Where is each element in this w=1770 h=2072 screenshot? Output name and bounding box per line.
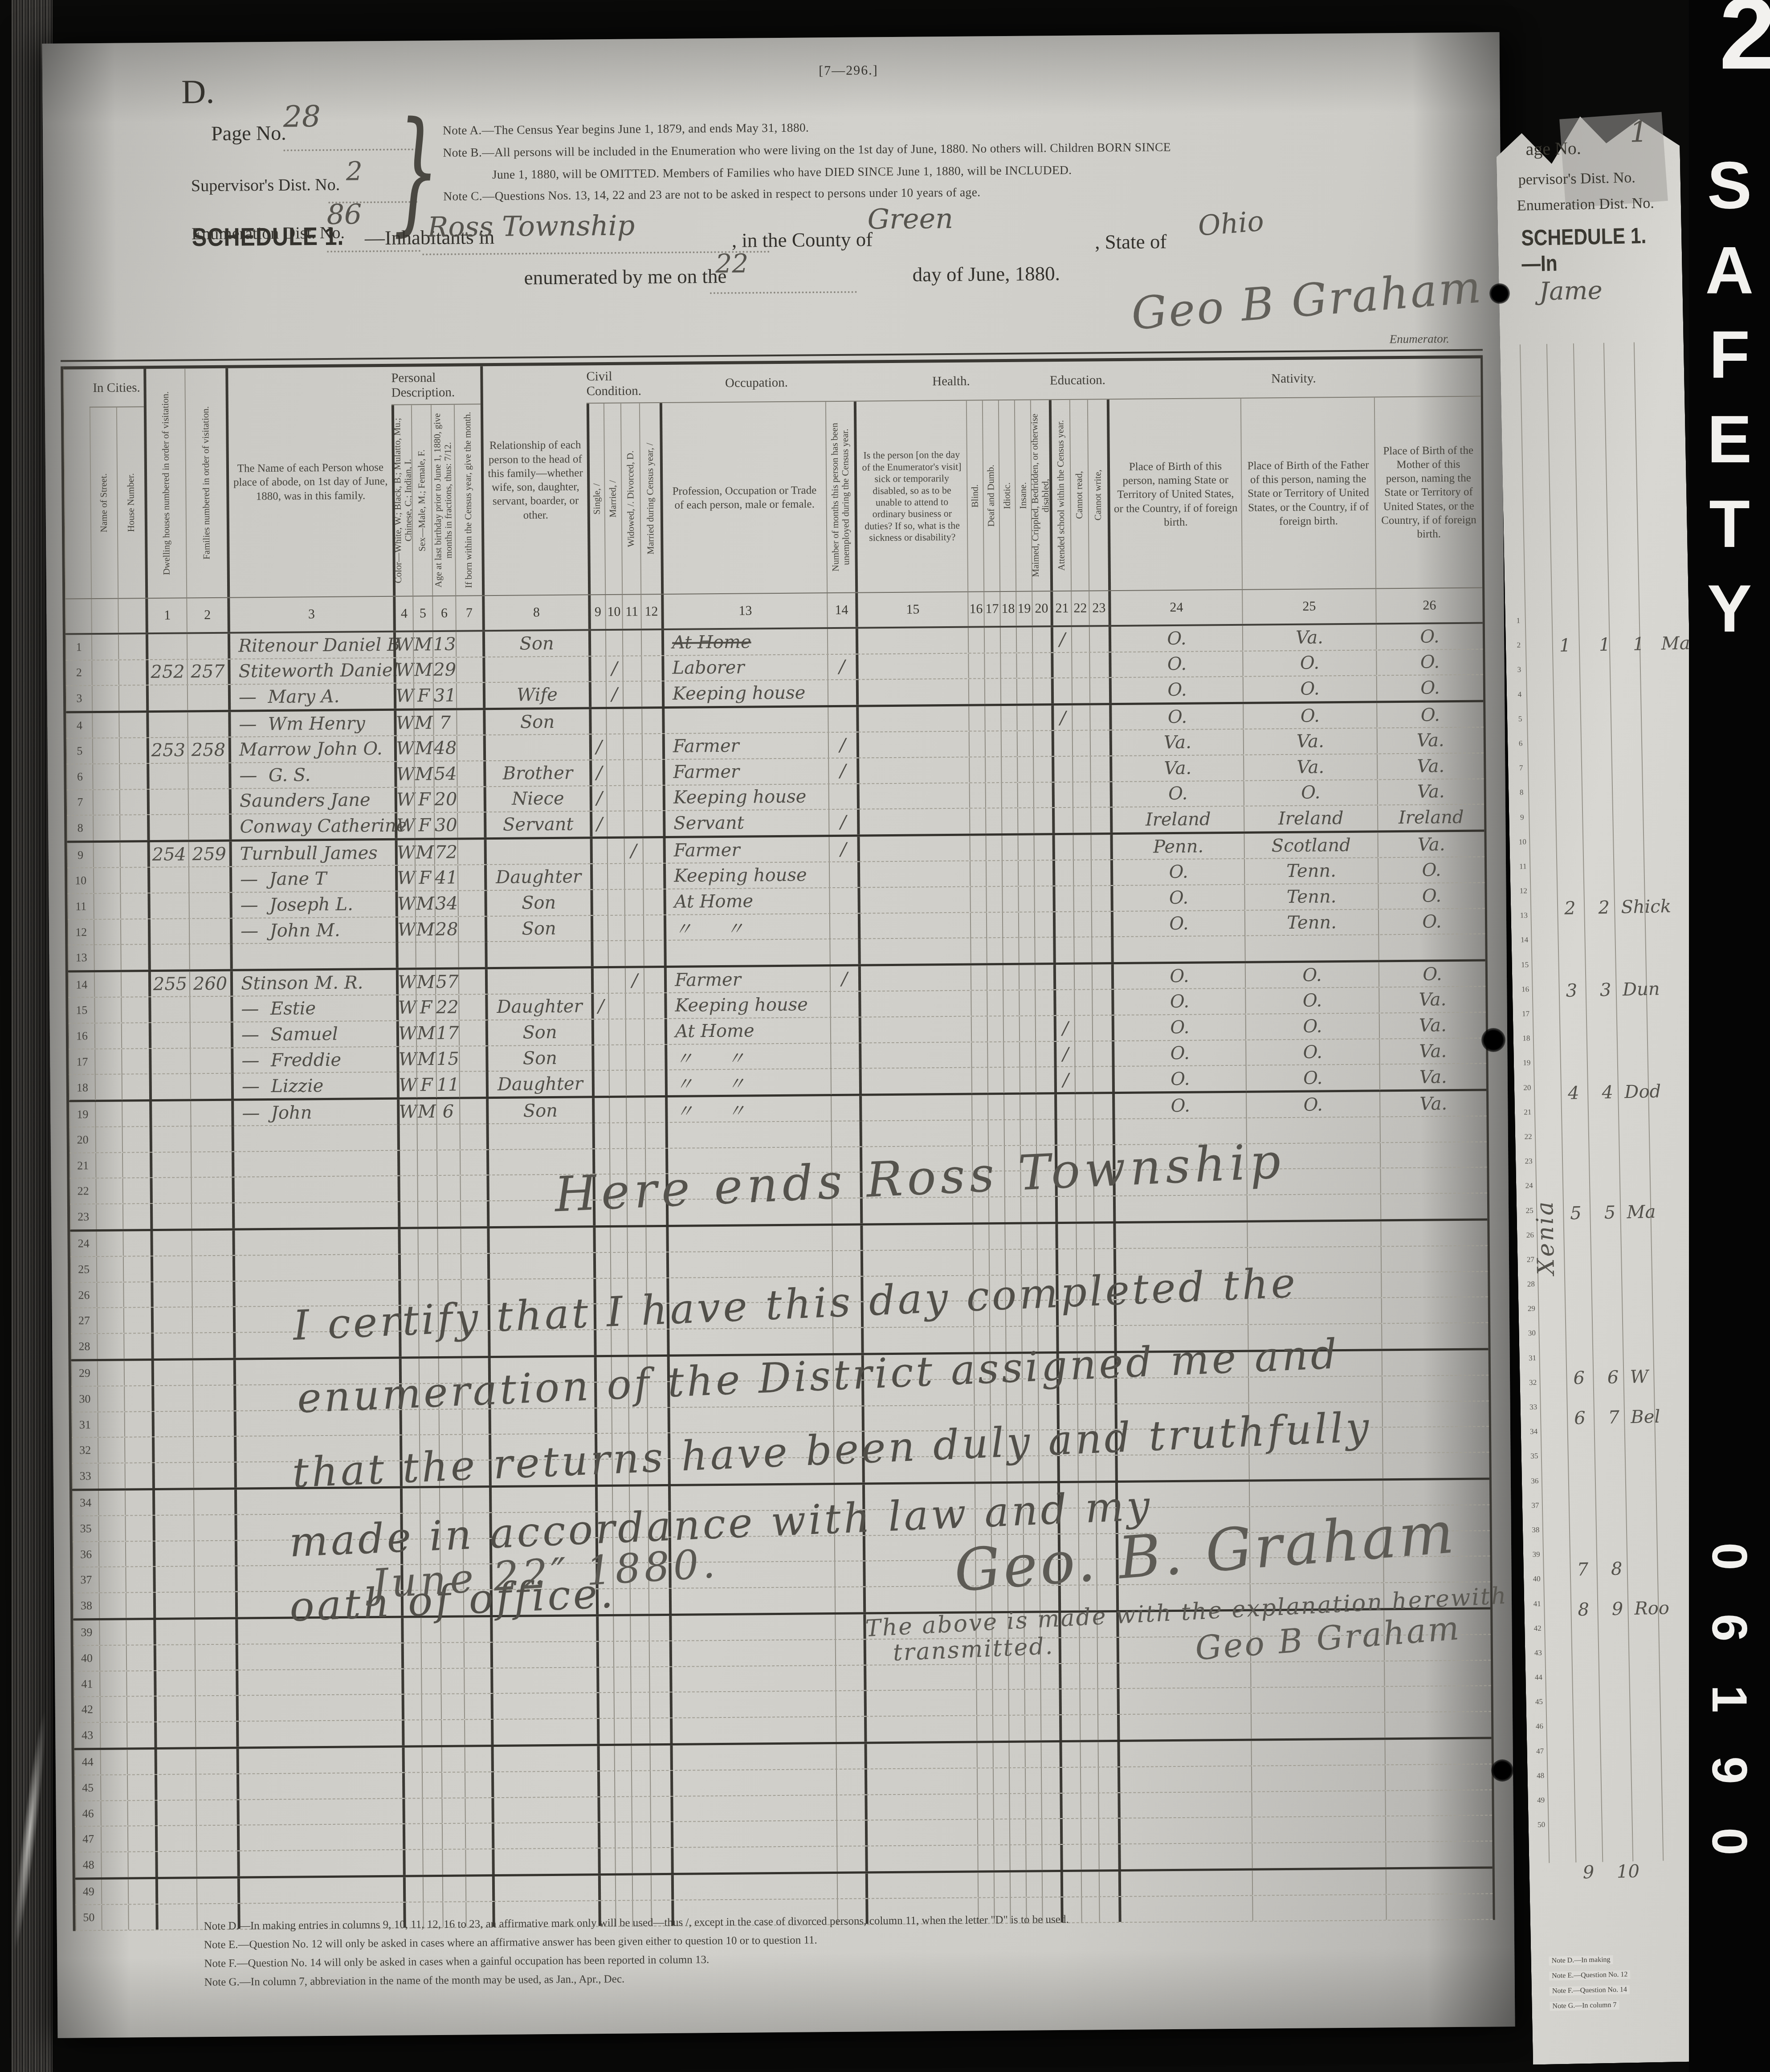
cell-read xyxy=(1071,627,1089,652)
enumerator-signature-top: Geo B Graham xyxy=(1130,261,1485,340)
film-edge-letter: S xyxy=(1689,147,1770,224)
cell-married xyxy=(608,915,624,941)
cell-name: — John xyxy=(231,1099,397,1126)
cell-family: 260 xyxy=(189,971,230,996)
cell-pb: O. xyxy=(1109,677,1243,703)
cell-deaf xyxy=(985,836,1001,861)
cell-name: Stiteworth Daniel xyxy=(228,658,393,684)
column-number-dwelling: 1 xyxy=(145,598,187,632)
cell-mcy xyxy=(650,1797,670,1822)
column-header-single: Single, / xyxy=(587,404,605,594)
column-header-house: House Number. xyxy=(116,407,145,598)
cell-house xyxy=(119,790,147,815)
cell-pbm xyxy=(1384,1712,1491,1737)
cell-rel: Son xyxy=(482,631,588,656)
cell-family xyxy=(192,1360,233,1385)
cell-family xyxy=(192,1333,233,1358)
cell-name xyxy=(236,1695,402,1721)
cell-idiotic xyxy=(1000,679,1016,704)
cell-pbf: Tenn. xyxy=(1244,858,1378,884)
cell-age: 41 xyxy=(434,865,457,890)
cell-dwelling xyxy=(150,1231,191,1256)
cell-idiotic xyxy=(1001,731,1017,756)
cell-sick xyxy=(865,1845,977,1871)
cell-family xyxy=(195,1645,236,1670)
cell-insane xyxy=(1017,731,1033,756)
cell-married xyxy=(614,1719,631,1744)
cell-sick xyxy=(858,938,970,964)
next-page-row-number: 15 xyxy=(1519,960,1531,985)
cell-idiotic xyxy=(1008,1690,1024,1715)
column-label-widowed: Widowed, /. Divorced, D. xyxy=(625,448,636,550)
cell-single: / xyxy=(590,812,607,836)
cell-house xyxy=(123,1282,151,1307)
cell-maimed xyxy=(1033,783,1052,808)
cell-insane xyxy=(1018,912,1034,938)
cell-age xyxy=(436,1176,460,1201)
column-label-pbm: Place of Birth of the Mother of this per… xyxy=(1375,440,1482,545)
cell-single: / xyxy=(589,760,606,785)
column-label-age: Age at last birthday prior to June 1, 18… xyxy=(432,405,454,595)
cell-widowed xyxy=(624,864,643,889)
cell-house xyxy=(122,1231,150,1256)
cell-single xyxy=(592,1098,609,1123)
cell-sick xyxy=(859,1068,971,1094)
cell-rownum: 24 xyxy=(70,1232,96,1256)
cell-pbm xyxy=(1381,1297,1488,1323)
cell-write xyxy=(1098,1767,1117,1792)
cell-mcy xyxy=(644,1019,665,1044)
cell-idiotic xyxy=(1009,1768,1025,1793)
cell-sex: M xyxy=(413,658,432,683)
column-header-idiotic: Idiotic. xyxy=(998,400,1016,591)
next-page-row-number: 29 xyxy=(1525,1304,1538,1329)
cell-occ xyxy=(669,1587,835,1614)
cell-blind xyxy=(970,913,986,938)
cell-married xyxy=(614,1693,631,1718)
cell-rownum: 39 xyxy=(73,1620,99,1645)
cell-street xyxy=(92,686,118,711)
cell-idiotic xyxy=(1002,861,1018,886)
cell-pb: Ireland xyxy=(1110,807,1244,832)
cell-month xyxy=(456,632,482,657)
cell-pbm: Va. xyxy=(1379,1064,1486,1090)
cell-month xyxy=(465,1798,491,1823)
cell-idiotic xyxy=(1000,628,1016,653)
cell-color xyxy=(402,1773,422,1798)
cell-house xyxy=(125,1490,152,1515)
cell-street xyxy=(92,738,119,763)
cell-blind xyxy=(978,1872,994,1897)
cell-idiotic xyxy=(1001,836,1017,861)
cell-rownum: 19 xyxy=(69,1102,95,1127)
cell-widowed xyxy=(630,1589,648,1614)
cell-family xyxy=(194,1541,235,1566)
cell-insane xyxy=(1020,1094,1036,1120)
cell-pb: O. xyxy=(1112,1066,1246,1092)
cell-house xyxy=(126,1593,153,1618)
cell-rel: Niece xyxy=(484,786,590,812)
punch-hole xyxy=(1491,1759,1513,1782)
cell-idiotic xyxy=(1002,938,1018,963)
cell-unemp: / xyxy=(829,836,857,861)
cell-age xyxy=(437,1228,460,1253)
cell-color: W xyxy=(393,632,413,657)
cell-maimed xyxy=(1036,1224,1055,1249)
cell-deaf xyxy=(986,938,1002,963)
cell-month xyxy=(457,736,483,761)
next-page-row-number: 18 xyxy=(1521,1034,1533,1059)
cell-sex: M xyxy=(414,736,433,761)
cell-age: 13 xyxy=(432,632,456,657)
cell-sick xyxy=(860,1121,972,1146)
cell-dwelling xyxy=(147,893,188,918)
column-label-name: The Name of each Person whose place of a… xyxy=(229,457,392,507)
cell-rel: Son xyxy=(485,1020,591,1045)
cell-rownum: 12 xyxy=(68,920,94,945)
cell-read xyxy=(1074,1041,1092,1067)
cell-sick xyxy=(857,783,969,809)
enumerator-printed-label: Enumerator. xyxy=(1390,332,1449,346)
cell-street xyxy=(95,1179,122,1203)
cell-single xyxy=(596,1668,613,1693)
cell-mcy xyxy=(643,889,663,914)
cell-dwelling: 254 xyxy=(147,842,188,867)
cell-rownum: 14 xyxy=(68,972,94,997)
cell-house xyxy=(120,868,147,893)
cell-married xyxy=(609,1097,626,1123)
film-edge-digit: 1 xyxy=(1701,1659,1758,1740)
column-label-pbf: Place of Birth of the Father of this per… xyxy=(1242,454,1375,532)
cell-pbm xyxy=(1382,1401,1489,1427)
cell-single xyxy=(597,1771,614,1796)
cell-rownum: 45 xyxy=(74,1775,100,1800)
column-header-rel: Relationship of each person to the head … xyxy=(480,365,588,595)
cell-single xyxy=(591,1045,608,1070)
cell-maimed xyxy=(1034,938,1053,963)
cell-unemp xyxy=(829,888,857,913)
cell-married xyxy=(615,1875,632,1900)
footer-note-e: Note E.—Question No. 12 will only be ask… xyxy=(204,1934,817,1951)
cell-school xyxy=(1052,886,1073,911)
cell-pbm: Va. xyxy=(1377,754,1484,779)
cell-read xyxy=(1074,964,1092,989)
cell-read xyxy=(1075,1067,1093,1093)
cell-idiotic xyxy=(1008,1664,1024,1689)
cell-age: 17 xyxy=(436,1021,459,1046)
cell-maimed xyxy=(1041,1794,1060,1819)
cell-name xyxy=(237,1799,402,1825)
cell-occ xyxy=(671,1847,836,1873)
cell-color: W xyxy=(393,658,413,683)
cell-color xyxy=(396,943,415,968)
cell-house xyxy=(127,1801,155,1826)
cell-deaf xyxy=(993,1845,1009,1870)
next-page-row-number: 16 xyxy=(1519,985,1531,1010)
cell-deaf xyxy=(987,1095,1003,1120)
cell-read xyxy=(1074,1016,1092,1040)
cell-pbm xyxy=(1382,1452,1489,1478)
cell-pbm xyxy=(1380,1220,1487,1246)
cell-blind xyxy=(970,887,986,912)
column-label-single: Single, / xyxy=(591,481,602,517)
cell-married xyxy=(609,1123,626,1148)
footer-note-g: Note G.—In column 7, abbreviation in the… xyxy=(204,1973,625,1989)
cell-write xyxy=(1090,835,1110,860)
cell-dwelling xyxy=(154,1697,195,1721)
column-header-write: Cannot write, xyxy=(1087,400,1108,590)
cell-pb: O. xyxy=(1109,704,1243,730)
cell-sick xyxy=(856,628,968,654)
cell-age: 15 xyxy=(436,1046,459,1072)
cell-house xyxy=(125,1463,152,1488)
cell-idiotic xyxy=(1009,1794,1025,1819)
cell-mcy xyxy=(643,915,664,941)
cell-widowed: / xyxy=(624,838,643,863)
next-page-row-number: 47 xyxy=(1534,1746,1546,1771)
cell-rownum: 34 xyxy=(72,1491,98,1516)
cell-pbm xyxy=(1384,1739,1491,1764)
cell-rownum: 22 xyxy=(69,1179,95,1204)
cell-deaf xyxy=(987,991,1003,1016)
cell-occ xyxy=(670,1717,836,1743)
cell-dwelling xyxy=(150,1127,191,1152)
cell-rownum: 11 xyxy=(67,894,93,919)
cell-pb xyxy=(1117,1714,1251,1740)
cell-read xyxy=(1080,1768,1098,1793)
cell-occ: Laborer xyxy=(661,655,827,681)
cell-insane xyxy=(1016,679,1032,704)
cell-color xyxy=(398,1255,418,1280)
cell-street xyxy=(97,1361,124,1386)
cell-school xyxy=(1055,1197,1076,1222)
cell-street xyxy=(100,1801,127,1826)
column-number-sex: 5 xyxy=(412,596,432,630)
cell-deaf xyxy=(987,1042,1003,1068)
next-page-row-number: 31 xyxy=(1526,1354,1538,1379)
cell-deaf xyxy=(984,653,1000,678)
cell-read xyxy=(1072,731,1090,756)
cell-occ xyxy=(670,1691,836,1717)
cell-occ: Keeping house xyxy=(663,784,828,811)
cell-school xyxy=(1053,912,1073,937)
cell-house xyxy=(122,1101,149,1127)
cell-married xyxy=(615,1848,632,1873)
cell-name: — Jane T xyxy=(229,866,395,892)
cell-family xyxy=(193,1515,234,1540)
cell-rownum: 50 xyxy=(75,1905,101,1930)
cell-read xyxy=(1080,1689,1097,1714)
cell-dwelling xyxy=(150,1178,191,1203)
cell-rownum: 10 xyxy=(67,868,93,893)
cell-dwelling xyxy=(153,1567,194,1592)
cell-widowed xyxy=(624,786,642,811)
cell-insane xyxy=(1017,783,1033,808)
cell-pbm: O. xyxy=(1376,624,1483,649)
cell-maimed xyxy=(1035,965,1053,990)
cell-occ xyxy=(665,1122,831,1148)
cell-mcy xyxy=(641,656,661,681)
cell-widowed xyxy=(622,630,641,655)
column-group-personal: Personal Description. xyxy=(391,366,481,405)
cell-single xyxy=(595,1408,612,1433)
cell-family xyxy=(190,1048,231,1074)
column-label-unemp: Number of months this person has been un… xyxy=(829,402,852,592)
cell-sex xyxy=(417,1125,436,1150)
cell-name: Turnbull James xyxy=(229,840,395,867)
cell-single xyxy=(590,839,607,864)
cell-single xyxy=(598,1823,615,1848)
cell-rownum: 40 xyxy=(73,1646,99,1671)
state-value: Ohio xyxy=(1197,204,1265,242)
cell-rownum: 48 xyxy=(75,1852,101,1877)
cell-blind xyxy=(969,836,985,861)
cell-sex xyxy=(422,1799,441,1823)
cell-pbm xyxy=(1384,1660,1491,1686)
column-number-month: 7 xyxy=(455,596,482,630)
cell-deaf xyxy=(987,1016,1003,1041)
cell-pbm xyxy=(1385,1790,1492,1815)
cell-widowed xyxy=(626,1070,644,1096)
cell-dwelling xyxy=(146,634,187,659)
cell-pb xyxy=(1117,1662,1250,1688)
cell-dwelling xyxy=(148,997,189,1022)
cell-insane xyxy=(1019,991,1035,1016)
cell-pbm xyxy=(1379,1117,1486,1142)
cell-pbm xyxy=(1385,1765,1492,1790)
cell-street xyxy=(98,1438,124,1463)
cell-dwelling xyxy=(151,1386,192,1411)
column-number-age: 6 xyxy=(432,596,456,630)
cell-sex: M xyxy=(416,1099,436,1125)
cell-house xyxy=(119,738,147,763)
cell-name xyxy=(232,1202,398,1228)
cell-blind xyxy=(972,1121,988,1146)
cell-pbm: Va. xyxy=(1378,987,1485,1012)
cell-unemp xyxy=(828,707,856,732)
cell-family xyxy=(196,1749,237,1774)
cell-house xyxy=(124,1361,151,1386)
cell-pb xyxy=(1118,1896,1252,1922)
cell-house xyxy=(126,1697,154,1721)
cell-mcy xyxy=(641,681,662,706)
cell-school xyxy=(1052,861,1073,885)
cell-deaf xyxy=(993,1768,1009,1793)
cell-deaf xyxy=(984,706,1000,731)
cell-family xyxy=(192,1256,232,1281)
cell-family xyxy=(191,1152,232,1177)
cell-idiotic xyxy=(1004,1120,1020,1145)
cell-house xyxy=(124,1412,152,1437)
cell-unemp xyxy=(836,1770,865,1795)
cell-age xyxy=(436,1150,460,1175)
next-page-row-number: 4 xyxy=(1514,690,1526,715)
film-edge-letter: E xyxy=(1689,401,1770,478)
cell-house xyxy=(120,893,147,918)
cell-pbm: O. xyxy=(1378,857,1485,883)
cell-age: 34 xyxy=(434,891,457,916)
note-b-line2: June 1, 1880, will be OMITTED. Members o… xyxy=(443,159,1525,182)
cell-age: 54 xyxy=(433,762,457,787)
cell-pbf xyxy=(1252,1817,1385,1843)
cell-rownum: 4 xyxy=(66,713,92,738)
next-page-row-number: 37 xyxy=(1529,1501,1542,1526)
cell-maimed xyxy=(1041,1845,1060,1870)
cell-dwelling xyxy=(149,1048,190,1074)
cell-street xyxy=(92,713,118,738)
cell-pbm xyxy=(1384,1686,1491,1712)
punch-hole xyxy=(1481,1028,1505,1052)
cell-read xyxy=(1073,861,1091,885)
cell-sex xyxy=(418,1254,437,1279)
cell-street xyxy=(94,998,121,1023)
film-edge-digit: 0 xyxy=(1701,1801,1758,1882)
cell-family xyxy=(195,1722,236,1747)
cell-read xyxy=(1081,1897,1099,1922)
cell-read xyxy=(1073,886,1091,911)
cell-write xyxy=(1098,1844,1118,1869)
cell-blind xyxy=(977,1820,993,1845)
cell-street xyxy=(97,1387,124,1411)
cell-name: Ritenour Daniel B xyxy=(228,632,393,659)
cell-age xyxy=(441,1720,464,1745)
cell-dwelling xyxy=(147,868,188,893)
cell-insane xyxy=(1020,1224,1036,1249)
county-label: , in the County of xyxy=(732,228,873,252)
cell-pbf xyxy=(1250,1661,1384,1687)
next-page-number-value: 1 xyxy=(1629,116,1648,149)
cell-write xyxy=(1099,1897,1118,1922)
next-page-row-number: 40 xyxy=(1531,1574,1543,1599)
cell-street xyxy=(96,1231,122,1256)
cell-write xyxy=(1090,782,1110,807)
cell-rownum: 43 xyxy=(74,1723,100,1748)
cell-age xyxy=(441,1747,465,1772)
column-group-education: Education. xyxy=(1048,361,1107,400)
cell-read xyxy=(1076,1197,1093,1222)
cell-rel xyxy=(492,1823,598,1848)
cell-idiotic xyxy=(1003,1094,1020,1120)
cell-widowed xyxy=(627,1227,645,1252)
cell-married xyxy=(613,1667,630,1692)
cell-sex xyxy=(422,1773,441,1798)
cell-family xyxy=(188,789,229,814)
cell-rel xyxy=(483,735,589,760)
cell-street xyxy=(97,1334,123,1359)
cell-family xyxy=(195,1670,236,1695)
next-page-row-number: 7 xyxy=(1515,763,1527,788)
cell-age: 48 xyxy=(433,736,457,761)
cell-idiotic xyxy=(1002,887,1018,912)
cell-pbf: O. xyxy=(1243,703,1376,729)
cell-married xyxy=(614,1797,631,1822)
column-label-married: Married, / xyxy=(608,477,618,520)
cell-read xyxy=(1081,1872,1099,1897)
cell-read xyxy=(1076,1224,1093,1248)
cell-rownum: 35 xyxy=(72,1516,98,1541)
cell-married xyxy=(613,1616,630,1641)
cell-idiotic xyxy=(1009,1819,1025,1844)
cell-family xyxy=(188,893,229,918)
cell-age: 20 xyxy=(434,787,457,812)
column-header-read: Cannot read, xyxy=(1069,400,1089,591)
cell-blind xyxy=(969,783,985,808)
cell-dwelling xyxy=(150,1152,191,1177)
cell-unemp xyxy=(830,1017,859,1042)
cell-married xyxy=(607,890,624,915)
cell-school xyxy=(1052,731,1072,756)
column-number-pbf: 25 xyxy=(1242,589,1376,624)
